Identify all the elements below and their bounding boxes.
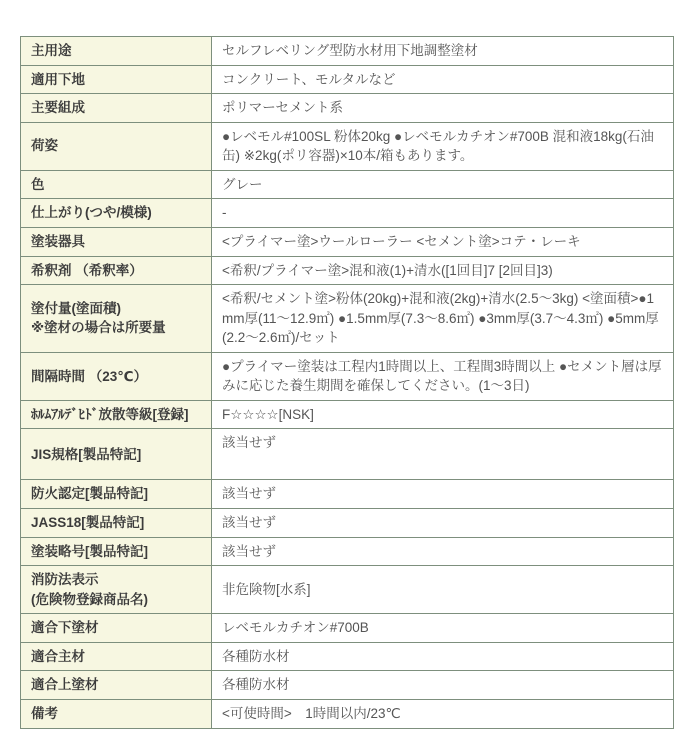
spec-label: 防火認定[製品特記] bbox=[21, 480, 212, 509]
spec-value: セルフレベリング型防水材用下地調整塗材 bbox=[212, 37, 674, 66]
spec-label: 色 bbox=[21, 170, 212, 199]
spec-value: 該当せず bbox=[212, 537, 674, 566]
table-row: JIS規格[製品特記] 該当せず bbox=[21, 429, 674, 480]
spec-value: F☆☆☆☆[NSK] bbox=[212, 400, 674, 429]
product-spec-table: 主用途 セルフレベリング型防水材用下地調整塗材 適用下地 コンクリート、モルタル… bbox=[20, 36, 674, 729]
spec-value: ポリマーセメント系 bbox=[212, 94, 674, 123]
table-row: JASS18[製品特記] 該当せず bbox=[21, 509, 674, 538]
table-row: ﾎﾙﾑｱﾙﾃﾞﾋﾄﾞ放散等級[登録] F☆☆☆☆[NSK] bbox=[21, 400, 674, 429]
spec-label: 塗装器具 bbox=[21, 227, 212, 256]
spec-value: レベモルカチオン#700B bbox=[212, 614, 674, 643]
spec-label: 間隔時間 （23℃） bbox=[21, 352, 212, 400]
table-row: 適合主材 各種防水材 bbox=[21, 642, 674, 671]
product-spec-page: 主用途 セルフレベリング型防水材用下地調整塗材 適用下地 コンクリート、モルタル… bbox=[0, 0, 691, 691]
spec-value: <可使時間> 1時間以内/23℃ bbox=[212, 699, 674, 728]
spec-value: 非危険物[水系] bbox=[212, 566, 674, 614]
table-row: 色 グレー bbox=[21, 170, 674, 199]
spec-value: ●レベモル#100SL 粉体20kg ●レベモルカチオン#700B 混和液18k… bbox=[212, 122, 674, 170]
spec-label: 主要組成 bbox=[21, 94, 212, 123]
spec-value: 該当せず bbox=[212, 480, 674, 509]
spec-label: 荷姿 bbox=[21, 122, 212, 170]
table-row: 備考 <可使時間> 1時間以内/23℃ bbox=[21, 699, 674, 728]
table-row: 間隔時間 （23℃） ●プライマー塗装は工程内1時間以上、工程間3時間以上 ●セ… bbox=[21, 352, 674, 400]
table-row: 適合上塗材 各種防水材 bbox=[21, 671, 674, 700]
spec-label: JIS規格[製品特記] bbox=[21, 429, 212, 480]
spec-label: JASS18[製品特記] bbox=[21, 509, 212, 538]
spec-label: 塗付量(塗面積) ※塗材の場合は所要量 bbox=[21, 285, 212, 353]
spec-label: ﾎﾙﾑｱﾙﾃﾞﾋﾄﾞ放散等級[登録] bbox=[21, 400, 212, 429]
spec-value: <希釈/プライマー塗>混和液(1)+清水([1回目]7 [2回目]3) bbox=[212, 256, 674, 285]
spec-value: <希釈/セメント塗>粉体(20kg)+混和液(2kg)+清水(2.5〜3kg) … bbox=[212, 285, 674, 353]
table-row: 塗装器具 <プライマー塗>ウールローラー <セメント塗>コテ・レーキ bbox=[21, 227, 674, 256]
spec-label: 備考 bbox=[21, 699, 212, 728]
table-row: 防火認定[製品特記] 該当せず bbox=[21, 480, 674, 509]
spec-value: コンクリート、モルタルなど bbox=[212, 65, 674, 94]
table-row: 主用途 セルフレベリング型防水材用下地調整塗材 bbox=[21, 37, 674, 66]
spec-value: グレー bbox=[212, 170, 674, 199]
spec-value: <プライマー塗>ウールローラー <セメント塗>コテ・レーキ bbox=[212, 227, 674, 256]
spec-label: 適合上塗材 bbox=[21, 671, 212, 700]
spec-value: 該当せず bbox=[212, 509, 674, 538]
table-row: 仕上がり(つや/模様) - bbox=[21, 199, 674, 228]
spec-label: 仕上がり(つや/模様) bbox=[21, 199, 212, 228]
table-row: 適合下塗材 レベモルカチオン#700B bbox=[21, 614, 674, 643]
table-row: 主要組成 ポリマーセメント系 bbox=[21, 94, 674, 123]
spec-label: 主用途 bbox=[21, 37, 212, 66]
spec-label: 希釈剤 （希釈率） bbox=[21, 256, 212, 285]
table-row: 消防法表示 (危険物登録商品名) 非危険物[水系] bbox=[21, 566, 674, 614]
spec-label: 消防法表示 (危険物登録商品名) bbox=[21, 566, 212, 614]
table-row: 荷姿 ●レベモル#100SL 粉体20kg ●レベモルカチオン#700B 混和液… bbox=[21, 122, 674, 170]
spec-value: 該当せず bbox=[212, 429, 674, 480]
spec-label: 適合主材 bbox=[21, 642, 212, 671]
spec-value: ●プライマー塗装は工程内1時間以上、工程間3時間以上 ●セメント層は厚みに応じた… bbox=[212, 352, 674, 400]
spec-value: 各種防水材 bbox=[212, 671, 674, 700]
table-row: 希釈剤 （希釈率） <希釈/プライマー塗>混和液(1)+清水([1回目]7 [2… bbox=[21, 256, 674, 285]
spec-label: 塗装略号[製品特記] bbox=[21, 537, 212, 566]
table-row: 塗付量(塗面積) ※塗材の場合は所要量 <希釈/セメント塗>粉体(20kg)+混… bbox=[21, 285, 674, 353]
table-row: 塗装略号[製品特記] 該当せず bbox=[21, 537, 674, 566]
spec-table-body: 主用途 セルフレベリング型防水材用下地調整塗材 適用下地 コンクリート、モルタル… bbox=[21, 37, 674, 729]
spec-label: 適合下塗材 bbox=[21, 614, 212, 643]
spec-value: - bbox=[212, 199, 674, 228]
table-row: 適用下地 コンクリート、モルタルなど bbox=[21, 65, 674, 94]
spec-label: 適用下地 bbox=[21, 65, 212, 94]
spec-value: 各種防水材 bbox=[212, 642, 674, 671]
